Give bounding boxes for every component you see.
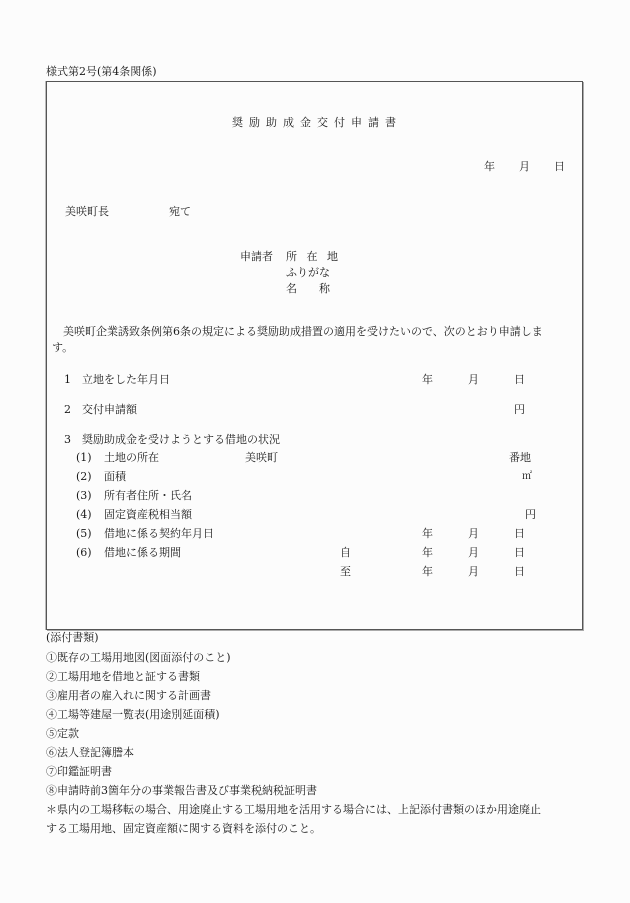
applicant-furigana-label: ふりがな [286,266,330,280]
subitem-4-label: 固定資産税相当額 [104,508,192,522]
subitem-1-number: (1) [76,451,92,465]
subitem-1-unit: 番地 [509,451,531,465]
attachment-item: ⑧申請時前3箇年分の事業報告書及び事業税納税証明書 [46,784,317,798]
item-3-label: 奨励助成金を受けようとする借地の状況 [82,433,280,447]
item-1-day: 日 [514,373,525,387]
attachment-item: ③雇用者の雇入れに関する計画書 [46,689,211,703]
item-2-label: 交付申請額 [82,403,137,417]
intro-text-line1: 美咲町企業誘致条例第6条の規定による奨励助成措置の適用を受けたいので、次のとおり… [63,325,543,339]
subitem-2-number: (2) [76,470,92,484]
item-1-label: 立地をした年月日 [82,373,170,387]
attachment-item: ④工場等建屋一覧表(用途別延面積) [46,708,220,722]
item-2-number: 2 [64,403,71,417]
item-1-month: 月 [468,373,479,387]
attachments-heading: (添付書類) [46,631,99,645]
date-day-label: 日 [554,160,565,174]
attachment-note-line1: ＊県内の工場移転の場合、用途廃止する工場用地を活用する場合には、上記添付書類のほ… [46,803,541,817]
intro-text-line2: す。 [52,341,73,355]
item-3-number: 3 [64,433,71,447]
subitem-1-label: 土地の所在 [104,451,159,465]
form-title: 奨励助成金交付申請書 [232,116,402,130]
attachment-item: ⑦印鑑証明書 [46,765,112,779]
attachment-item: ①既存の工場用地図(図面添付のこと) [46,651,231,665]
attachment-item: ⑤定款 [46,727,79,741]
addressee-name: 美咲町長 [65,205,109,219]
subitem-6-number: (6) [76,546,92,560]
item-2-unit: 円 [514,403,525,417]
subitem-6-from: 自 [340,546,351,560]
subitem-2-label: 面積 [104,470,126,484]
subitem-2-unit: ㎡ [522,470,532,484]
subitem-6-to-day: 日 [514,565,525,579]
item-1-year: 年 [422,373,433,387]
subitem-4-unit: 円 [525,508,536,522]
subitem-6-to: 至 [340,565,351,579]
subitem-5-year: 年 [422,527,433,541]
date-year-label: 年 [484,160,495,174]
subitem-5-day: 日 [514,527,525,541]
subitem-6-to-month: 月 [468,565,479,579]
item-1-number: 1 [64,373,71,387]
date-month-label: 月 [519,160,530,174]
applicant-name-label: 名 称 [286,282,330,296]
subitem-4-number: (4) [76,508,92,522]
subitem-5-number: (5) [76,527,92,541]
subitem-6-from-day: 日 [514,546,525,560]
subitem-6-label: 借地に係る期間 [104,546,181,560]
subitem-6-from-year: 年 [422,546,433,560]
attachment-note-line2: する工場用地、固定資産額に関する資料を添付のこと。 [46,822,321,836]
subitem-5-month: 月 [468,527,479,541]
attachment-item: ②工場用地を借地と証する書類 [46,670,200,684]
applicant-label: 申請者 [240,250,273,264]
subitem-6-from-month: 月 [468,546,479,560]
form-number: 様式第2号(第4条関係) [46,65,157,79]
attachment-item: ⑥法人登記簿謄本 [46,746,134,760]
subitem-1-value: 美咲町 [245,451,278,465]
subitem-3-number: (3) [76,489,92,503]
subitem-3-label: 所有者住所・氏名 [104,489,192,503]
addressee-suffix: 宛て [169,205,191,219]
subitem-6-to-year: 年 [422,565,433,579]
applicant-address-label: 所 在 地 [286,250,341,264]
subitem-5-label: 借地に係る契約年月日 [104,527,214,541]
